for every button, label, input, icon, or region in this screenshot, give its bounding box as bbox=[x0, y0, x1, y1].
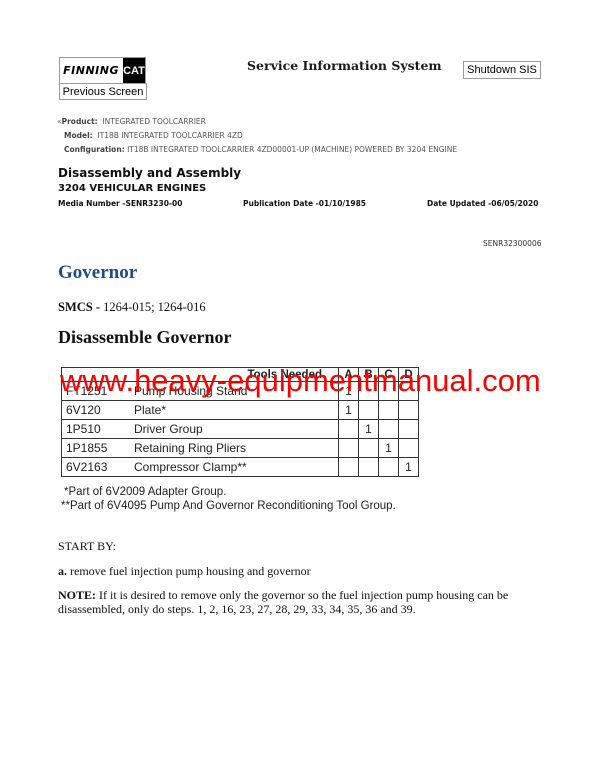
smcs-codes: SMCS - 1264-015; 1264-016 bbox=[58, 300, 206, 315]
product-line: «Product: INTEGRATED TOOLCARRIER bbox=[57, 117, 206, 126]
part-number: 1P1855 bbox=[62, 439, 131, 458]
table-row: 1P1855Retaining Ring Pliers1 bbox=[62, 439, 419, 458]
shutdown-sis-button[interactable]: Shutdown SIS bbox=[463, 61, 541, 79]
tools-needed-table: Tools Needed A B C D FT1251Pump Housing … bbox=[61, 367, 419, 477]
quantity-cell bbox=[379, 458, 399, 477]
quantity-cell bbox=[399, 420, 419, 439]
column-header: A bbox=[339, 368, 359, 382]
tool-name: Plate* bbox=[130, 401, 339, 420]
quantity-cell bbox=[359, 382, 379, 401]
table-row: 6V120Plate*1 bbox=[62, 401, 419, 420]
quantity-cell bbox=[339, 458, 359, 477]
quantity-cell: 1 bbox=[379, 439, 399, 458]
app-title: Service Information System bbox=[247, 58, 442, 73]
document-title: Disassembly and Assembly bbox=[58, 166, 241, 180]
footnote: *Part of 6V2009 Adapter Group. bbox=[64, 486, 226, 498]
finning-wordmark: FINNING bbox=[63, 64, 119, 77]
tools-needed-header: Tools Needed bbox=[62, 368, 339, 382]
table-row: FT1251Pump Housing Stand1 bbox=[62, 382, 419, 401]
publication-date: Publication Date -01/10/1985 bbox=[243, 199, 366, 208]
quantity-cell bbox=[379, 401, 399, 420]
step-a-text: remove fuel injection pump housing and g… bbox=[67, 564, 311, 578]
tool-name: Compressor Clamp** bbox=[130, 458, 339, 477]
table-header-row: Tools Needed A B C D bbox=[62, 368, 419, 382]
quantity-cell bbox=[359, 401, 379, 420]
column-header: B bbox=[359, 368, 379, 382]
tool-name: Retaining Ring Pliers bbox=[130, 439, 339, 458]
quantity-cell bbox=[359, 458, 379, 477]
start-by: START BY: bbox=[58, 539, 116, 554]
step-a-label: a. bbox=[58, 564, 67, 578]
quantity-cell: 1 bbox=[359, 420, 379, 439]
step-a: a. remove fuel injection pump housing an… bbox=[58, 564, 311, 579]
table-row: 1P510Driver Group1 bbox=[62, 420, 419, 439]
product-label: Product: bbox=[62, 117, 98, 126]
tool-name: Driver Group bbox=[130, 420, 339, 439]
smcs-value: 1264-015; 1264-016 bbox=[100, 300, 206, 314]
quantity-cell: 1 bbox=[339, 401, 359, 420]
quantity-cell bbox=[399, 439, 419, 458]
part-number: FT1251 bbox=[62, 382, 131, 401]
quantity-cell: 1 bbox=[339, 382, 359, 401]
cat-logo-icon: CAT bbox=[123, 58, 145, 83]
model-line: Model: IT18B INTEGRATED TOOLCARRIER 4ZD bbox=[64, 131, 243, 140]
note: NOTE: If it is desired to remove only th… bbox=[58, 588, 558, 616]
quantity-cell bbox=[379, 420, 399, 439]
configuration-label: Configuration: bbox=[64, 145, 125, 154]
product-value: INTEGRATED TOOLCARRIER bbox=[102, 117, 205, 126]
column-header: D bbox=[399, 368, 419, 382]
configuration-value: IT18B INTEGRATED TOOLCARRIER 4ZD00001-UP… bbox=[127, 145, 457, 154]
tool-name: Pump Housing Stand bbox=[130, 382, 339, 401]
part-number: 1P510 bbox=[62, 420, 131, 439]
part-number: 6V2163 bbox=[62, 458, 131, 477]
quantity-cell bbox=[359, 439, 379, 458]
smcs-label: SMCS - bbox=[58, 300, 100, 314]
part-number: 6V120 bbox=[62, 401, 131, 420]
document-subtitle: 3204 VEHICULAR ENGINES bbox=[58, 183, 206, 194]
quantity-cell bbox=[339, 420, 359, 439]
table-row: 6V2163Compressor Clamp**1 bbox=[62, 458, 419, 477]
model-value: IT18B INTEGRATED TOOLCARRIER 4ZD bbox=[97, 131, 242, 140]
note-label: NOTE: bbox=[58, 588, 96, 602]
configuration-line: Configuration: IT18B INTEGRATED TOOLCARR… bbox=[64, 145, 457, 154]
subsection-title: Disassemble Governor bbox=[58, 327, 231, 348]
media-number: Media Number -SENR3230-00 bbox=[58, 199, 182, 208]
quantity-cell bbox=[379, 382, 399, 401]
column-header: C bbox=[379, 368, 399, 382]
previous-screen-button[interactable]: Previous Screen bbox=[59, 83, 147, 100]
footnote: **Part of 6V4095 Pump And Governor Recon… bbox=[61, 500, 396, 512]
section-title: Governor bbox=[58, 262, 137, 284]
note-text: If it is desired to remove only the gove… bbox=[58, 588, 508, 616]
quantity-cell bbox=[399, 382, 419, 401]
finning-cat-logo: FINNING CAT bbox=[59, 57, 146, 84]
quantity-cell bbox=[399, 401, 419, 420]
document-id: SENR32300006 bbox=[483, 239, 542, 248]
date-updated: Date Updated -06/05/2020 bbox=[427, 199, 538, 208]
quantity-cell: 1 bbox=[399, 458, 419, 477]
quantity-cell bbox=[339, 439, 359, 458]
model-label: Model: bbox=[64, 131, 93, 140]
